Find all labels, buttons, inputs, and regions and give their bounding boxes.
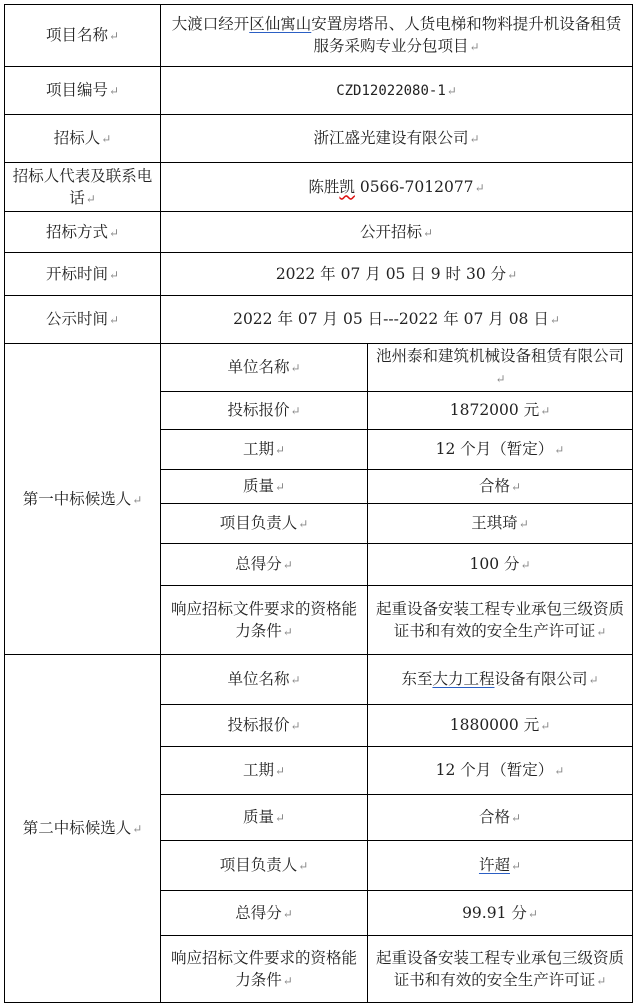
c1-label-bid-price: 投标报价↵ <box>161 392 368 430</box>
row-publicity-time: 公示时间↵ 2022 年 07 月 05 日---2022 年 07 月 08 … <box>5 296 633 344</box>
value-tenderer: 浙江盛光建设有限公司↵ <box>161 115 633 163</box>
c2-label-manager: 项目负责人↵ <box>161 841 368 891</box>
row-project-number: 项目编号↵ CZD12022080-1↵ <box>5 67 633 115</box>
c2-label-qualification: 响应招标文件要求的资格能力条件↵ <box>161 936 368 1003</box>
c1-value-company: 池州泰和建筑机械设备租赁有限公司↵ <box>368 344 633 392</box>
c2-label-company: 单位名称↵ <box>161 655 368 705</box>
c2-value-quality: 合格↵ <box>368 795 633 841</box>
value-publicity-time: 2022 年 07 月 05 日---2022 年 07 月 08 日↵ <box>161 296 633 344</box>
c1-row-company: 第一中标候选人↵ 单位名称↵ 池州泰和建筑机械设备租赁有限公司↵ <box>5 344 633 392</box>
value-tenderer-rep: 陈胜凯 0566-7012077↵ <box>161 163 633 212</box>
c2-value-duration: 12 个月（暂定）↵ <box>368 747 633 795</box>
c2-label-quality: 质量↵ <box>161 795 368 841</box>
label-opening-time: 开标时间↵ <box>5 253 161 296</box>
c1-value-manager: 王琪琦↵ <box>368 504 633 544</box>
label-project-number: 项目编号↵ <box>5 67 161 115</box>
label-tenderer-rep: 招标人代表及联系电话↵ <box>5 163 161 212</box>
c1-value-qualification: 起重设备安装工程专业承包三级资质证书和有效的安全生产许可证↵ <box>368 586 633 655</box>
row-tenderer: 招标人↵ 浙江盛光建设有限公司↵ <box>5 115 633 163</box>
bid-result-table: 项目名称↵ 大渡口经开区仙寓山安置房塔吊、人货电梯和物料提升机设备租赁服务采购专… <box>4 4 633 1003</box>
label-project-name: 项目名称↵ <box>5 5 161 67</box>
value-opening-time: 2022 年 07 月 05 日 9 时 30 分↵ <box>161 253 633 296</box>
c2-value-bid-price: 1880000 元↵ <box>368 705 633 747</box>
c2-value-score: 99.91 分↵ <box>368 891 633 936</box>
c2-row-company: 第二中标候选人↵ 单位名称↵ 东至大力工程设备有限公司↵ <box>5 655 633 705</box>
c2-label-bid-price: 投标报价↵ <box>161 705 368 747</box>
c1-value-duration: 12 个月（暂定）↵ <box>368 430 633 470</box>
c1-label-score: 总得分↵ <box>161 544 368 586</box>
c1-label-manager: 项目负责人↵ <box>161 504 368 544</box>
c1-label-company: 单位名称↵ <box>161 344 368 392</box>
label-publicity-time: 公示时间↵ <box>5 296 161 344</box>
c1-label-duration: 工期↵ <box>161 430 368 470</box>
candidate-2-title: 第二中标候选人↵ <box>5 655 161 1003</box>
row-tenderer-rep: 招标人代表及联系电话↵ 陈胜凯 0566-7012077↵ <box>5 163 633 212</box>
value-project-name: 大渡口经开区仙寓山安置房塔吊、人货电梯和物料提升机设备租赁服务采购专业分包项目↵ <box>161 5 633 67</box>
value-project-number: CZD12022080-1↵ <box>161 67 633 115</box>
c2-label-score: 总得分↵ <box>161 891 368 936</box>
label-tender-method: 招标方式↵ <box>5 212 161 253</box>
label-tenderer: 招标人↵ <box>5 115 161 163</box>
c2-value-manager: 许超↵ <box>368 841 633 891</box>
c2-value-company: 东至大力工程设备有限公司↵ <box>368 655 633 705</box>
row-opening-time: 开标时间↵ 2022 年 07 月 05 日 9 时 30 分↵ <box>5 253 633 296</box>
c2-label-duration: 工期↵ <box>161 747 368 795</box>
row-tender-method: 招标方式↵ 公开招标↵ <box>5 212 633 253</box>
row-project-name: 项目名称↵ 大渡口经开区仙寓山安置房塔吊、人货电梯和物料提升机设备租赁服务采购专… <box>5 5 633 67</box>
candidate-1-title: 第一中标候选人↵ <box>5 344 161 655</box>
value-tender-method: 公开招标↵ <box>161 212 633 253</box>
c1-value-quality: 合格↵ <box>368 470 633 504</box>
c1-label-qualification: 响应招标文件要求的资格能力条件↵ <box>161 586 368 655</box>
c1-value-bid-price: 1872000 元↵ <box>368 392 633 430</box>
c2-value-qualification: 起重设备安装工程专业承包三级资质证书和有效的安全生产许可证↵ <box>368 936 633 1003</box>
c1-label-quality: 质量↵ <box>161 470 368 504</box>
c1-value-score: 100 分↵ <box>368 544 633 586</box>
